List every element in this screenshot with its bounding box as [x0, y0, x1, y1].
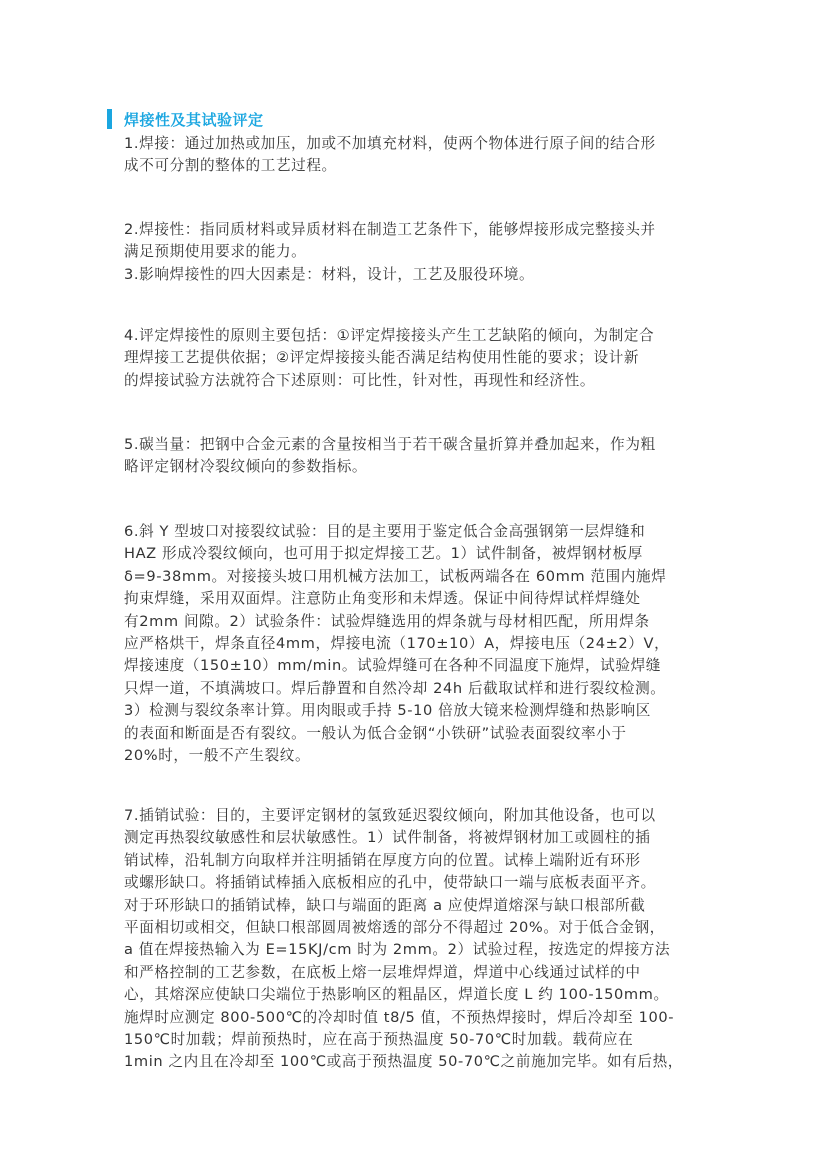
text-line: 有2mm 间隙。2）试验条件：试验焊缝选用的焊条就与母材相匹配，所用焊条 — [124, 611, 704, 633]
paragraph-6: 7.插销试验：目的，主要评定钢材的氢致延迟裂纹倾向，附加其他设备，也可以测定再热… — [124, 805, 704, 1074]
text-line: 150℃时加载；焊前预热时，应在高于预热温度 50-70℃时加载。载荷应在 — [124, 1029, 704, 1051]
paragraph-5: 6.斜 Y 型坡口对接裂纹试验：目的是主要用于鉴定低合金高强钢第一层焊缝和HAZ… — [124, 521, 704, 767]
text-line: 7.插销试验：目的，主要评定钢材的氢致延迟裂纹倾向，附加其他设备，也可以 — [124, 805, 704, 827]
text-line: 2.焊接性：指同质材料或异质材料在制造工艺条件下，能够焊接形成完整接头并 — [124, 219, 704, 241]
text-line: 对于环形缺口的插销试棒，缺口与端面的距离 a 应使焊道熔深与缺口根部所截 — [124, 895, 704, 917]
text-line: 略评定钢材冷裂纹倾向的参数指标。 — [124, 456, 704, 478]
text-line: 焊接速度（150±10）mm/min。试验焊缝可在各种不同温度下施焊，试验焊缝 — [124, 655, 704, 677]
text-line: 3）检测与裂纹条率计算。用肉眼或手持 5-10 倍放大镜来检测焊缝和热影响区 — [124, 700, 704, 722]
text-line: 满足预期使用要求的能力。 — [124, 241, 704, 263]
text-line: 施焊时应测定 800-500℃的冷却时值 t8/5 值，不预热焊接时，焊后冷却至… — [124, 1007, 704, 1029]
text-line: δ=9-38mm。对接接头坡口用机械方法加工，试板两端各在 60mm 范围内施焊 — [124, 566, 704, 588]
heading-accent-bar — [107, 109, 112, 129]
text-line: 应严格烘干，焊条直径4mm，焊接电流（170±10）A，焊接电压（24±2）V， — [124, 633, 704, 655]
paragraph-2: 2.焊接性：指同质材料或异质材料在制造工艺条件下，能够焊接形成完整接头并满足预期… — [124, 219, 704, 286]
text-line: 20%时，一般不产生裂纹。 — [124, 745, 704, 767]
text-line: a 值在焊接热输入为 E=15KJ/cm 时为 2mm。2）试验过程，按选定的焊… — [124, 939, 704, 961]
text-line: 成不可分割的整体的工艺过程。 — [124, 155, 704, 177]
text-line: 的焊接试验方法就符合下述原则：可比性，针对性，再现性和经济性。 — [124, 370, 704, 392]
text-line: 心，其熔深应使缺口尖端位于热影响区的粗晶区，焊道长度 L 约 100-150mm… — [124, 984, 704, 1006]
section-heading: 焊接性及其试验评定 — [107, 108, 264, 130]
text-line: 4.评定焊接性的原则主要包括：①评定焊接接头产生工艺缺陷的倾向，为制定合 — [124, 325, 704, 347]
text-line: 1min 之内且在冷却至 100℃或高于预热温度 50-70℃之前施加完毕。如有… — [124, 1051, 704, 1073]
text-line: 和严格控制的工艺参数，在底板上熔一层堆焊焊道，焊道中心线通过试样的中 — [124, 962, 704, 984]
text-line: 3.影响焊接性的四大因素是：材料，设计，工艺及服役环境。 — [124, 264, 704, 286]
text-line: 只焊一道，不填满坡口。焊后静置和自然冷却 24h 后截取试样和进行裂纹检测。 — [124, 678, 704, 700]
text-line: 平面相切或相交，但缺口根部圆周被熔透的部分不得超过 20%。对于低合金钢， — [124, 917, 704, 939]
text-line: 1.焊接：通过加热或加压，加或不加填充材料，使两个物体进行原子间的结合形 — [124, 133, 704, 155]
text-line: 测定再热裂纹敏感性和层状敏感性。1）试件制备，将被焊钢材加工或圆柱的插 — [124, 827, 704, 849]
text-line: 的表面和断面是否有裂纹。一般认为低合金钢“小铁研”试验表面裂纹率小于 — [124, 723, 704, 745]
text-line: 拘束焊缝，采用双面焊。注意防止角变形和未焊透。保证中间待焊试样焊缝处 — [124, 588, 704, 610]
text-line: 或螺形缺口。将插销试棒插入底板相应的孔中，使带缺口一端与底板表面平齐。 — [124, 872, 704, 894]
text-line: HAZ 形成冷裂纹倾向，也可用于拟定焊接工艺。1）试件制备，被焊钢材板厚 — [124, 543, 704, 565]
text-line: 6.斜 Y 型坡口对接裂纹试验：目的是主要用于鉴定低合金高强钢第一层焊缝和 — [124, 521, 704, 543]
heading-title: 焊接性及其试验评定 — [124, 109, 264, 130]
text-line: 理焊接工艺提供依据；②评定焊接接头能否满足结构使用性能的要求；设计新 — [124, 347, 704, 369]
paragraph-3: 4.评定焊接性的原则主要包括：①评定焊接接头产生工艺缺陷的倾向，为制定合理焊接工… — [124, 325, 704, 392]
paragraph-1: 1.焊接：通过加热或加压，加或不加填充材料，使两个物体进行原子间的结合形成不可分… — [124, 133, 704, 178]
paragraph-4: 5.碳当量：把钢中合金元素的含量按相当于若干碳含量折算并叠加起来，作为粗略评定钢… — [124, 434, 704, 479]
text-line: 销试棒，沿轧制方向取样并注明插销在厚度方向的位置。试棒上端附近有环形 — [124, 850, 704, 872]
text-line: 5.碳当量：把钢中合金元素的含量按相当于若干碳含量折算并叠加起来，作为粗 — [124, 434, 704, 456]
document-page: 焊接性及其试验评定 1.焊接：通过加热或加压，加或不加填充材料，使两个物体进行原… — [0, 0, 826, 1169]
